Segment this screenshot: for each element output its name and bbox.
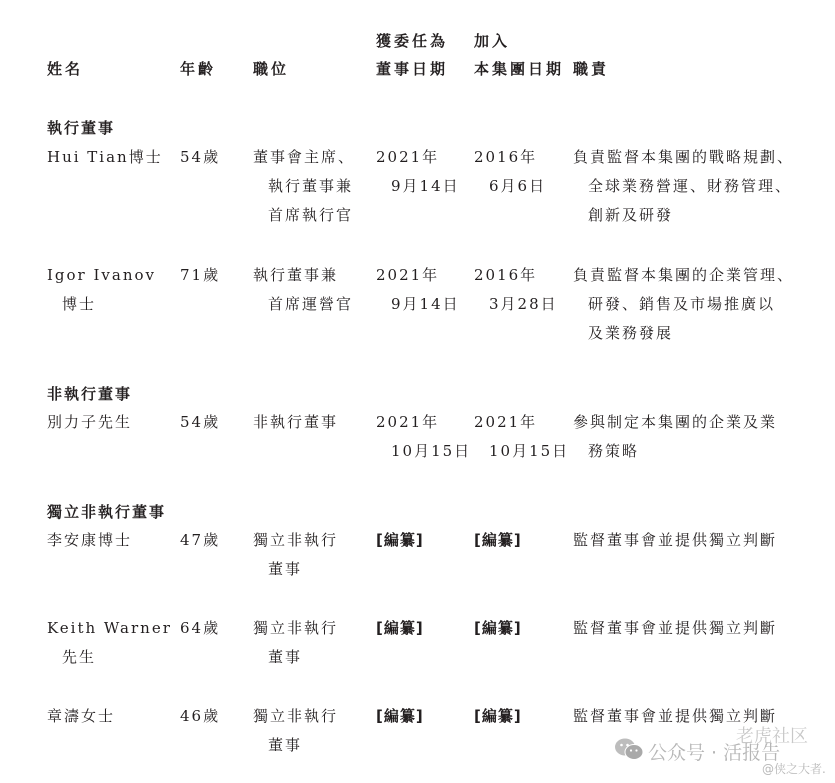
joined-date: 2016年 6月6日	[474, 143, 546, 201]
header-appointed-line2: 董事日期	[376, 58, 448, 79]
director-age: 54歲	[180, 143, 220, 172]
appointed-date: 2021年 10月15日	[376, 408, 471, 466]
header-duties: 職責	[573, 58, 609, 79]
wechat-icon	[614, 737, 644, 761]
director-position: 獨立非執行 董事	[253, 614, 338, 672]
appointed-date-redacted: [編纂]	[376, 526, 424, 555]
section-title-non-executive: 非執行董事	[47, 383, 132, 404]
director-age: 46歲	[180, 702, 220, 731]
header-appointed-line1: 獲委任為	[376, 30, 448, 51]
joined-date-redacted: [編纂]	[474, 614, 522, 643]
director-position: 執行董事兼 首席運營官	[253, 261, 353, 319]
appointed-date: 2021年 9月14日	[376, 261, 460, 319]
director-position: 獨立非執行 董事	[253, 526, 338, 584]
director-name: 章濤女士	[47, 702, 115, 731]
director-name: Keith Warner 先生	[47, 614, 172, 672]
header-name: 姓名	[47, 58, 83, 79]
director-age: 54歲	[180, 408, 220, 437]
watermark-community: 老虎社区	[736, 722, 808, 748]
director-name: Hui Tian博士	[47, 143, 163, 172]
director-position: 非執行董事	[253, 408, 338, 437]
director-name: 李安康博士	[47, 526, 132, 555]
director-age: 47歲	[180, 526, 220, 555]
director-duties: 負責監督本集團的企業管理、 研發、銷售及市場推廣以 及業務發展	[573, 261, 794, 348]
header-position: 職位	[253, 58, 289, 79]
joined-date-redacted: [編纂]	[474, 526, 522, 555]
header-joined-line2: 本集團日期	[474, 58, 564, 79]
director-duties: 監督董事會並提供獨立判斷	[573, 526, 777, 555]
joined-date: 2016年 3月28日	[474, 261, 558, 319]
joined-date: 2021年 10月15日	[474, 408, 569, 466]
director-name: Igor Ivanov 博士	[47, 261, 156, 319]
director-duties: 參與制定本集團的企業及業 務策略	[573, 408, 777, 466]
appointed-date-redacted: [編纂]	[376, 614, 424, 643]
header-joined-line1: 加入	[474, 30, 510, 51]
director-duties: 監督董事會並提供獨立判斷	[573, 614, 777, 643]
director-position: 獨立非執行 董事	[253, 702, 338, 760]
joined-date-redacted: [編纂]	[474, 702, 522, 731]
section-title-independent: 獨立非執行董事	[47, 501, 166, 522]
director-duties: 負責監督本集團的戰略規劃、 全球業務營運、財務管理、 創新及研發	[573, 143, 794, 230]
header-age: 年齡	[180, 58, 216, 79]
appointed-date-redacted: [編纂]	[376, 702, 424, 731]
appointed-date: 2021年 9月14日	[376, 143, 460, 201]
section-title-executive: 執行董事	[47, 117, 115, 138]
director-name: 別力子先生	[47, 408, 132, 437]
watermark-handle: @侠之大者.	[762, 760, 826, 777]
director-age: 64歲	[180, 614, 220, 643]
director-age: 71歲	[180, 261, 220, 290]
director-position: 董事會主席、 執行董事兼 首席執行官	[253, 143, 355, 230]
